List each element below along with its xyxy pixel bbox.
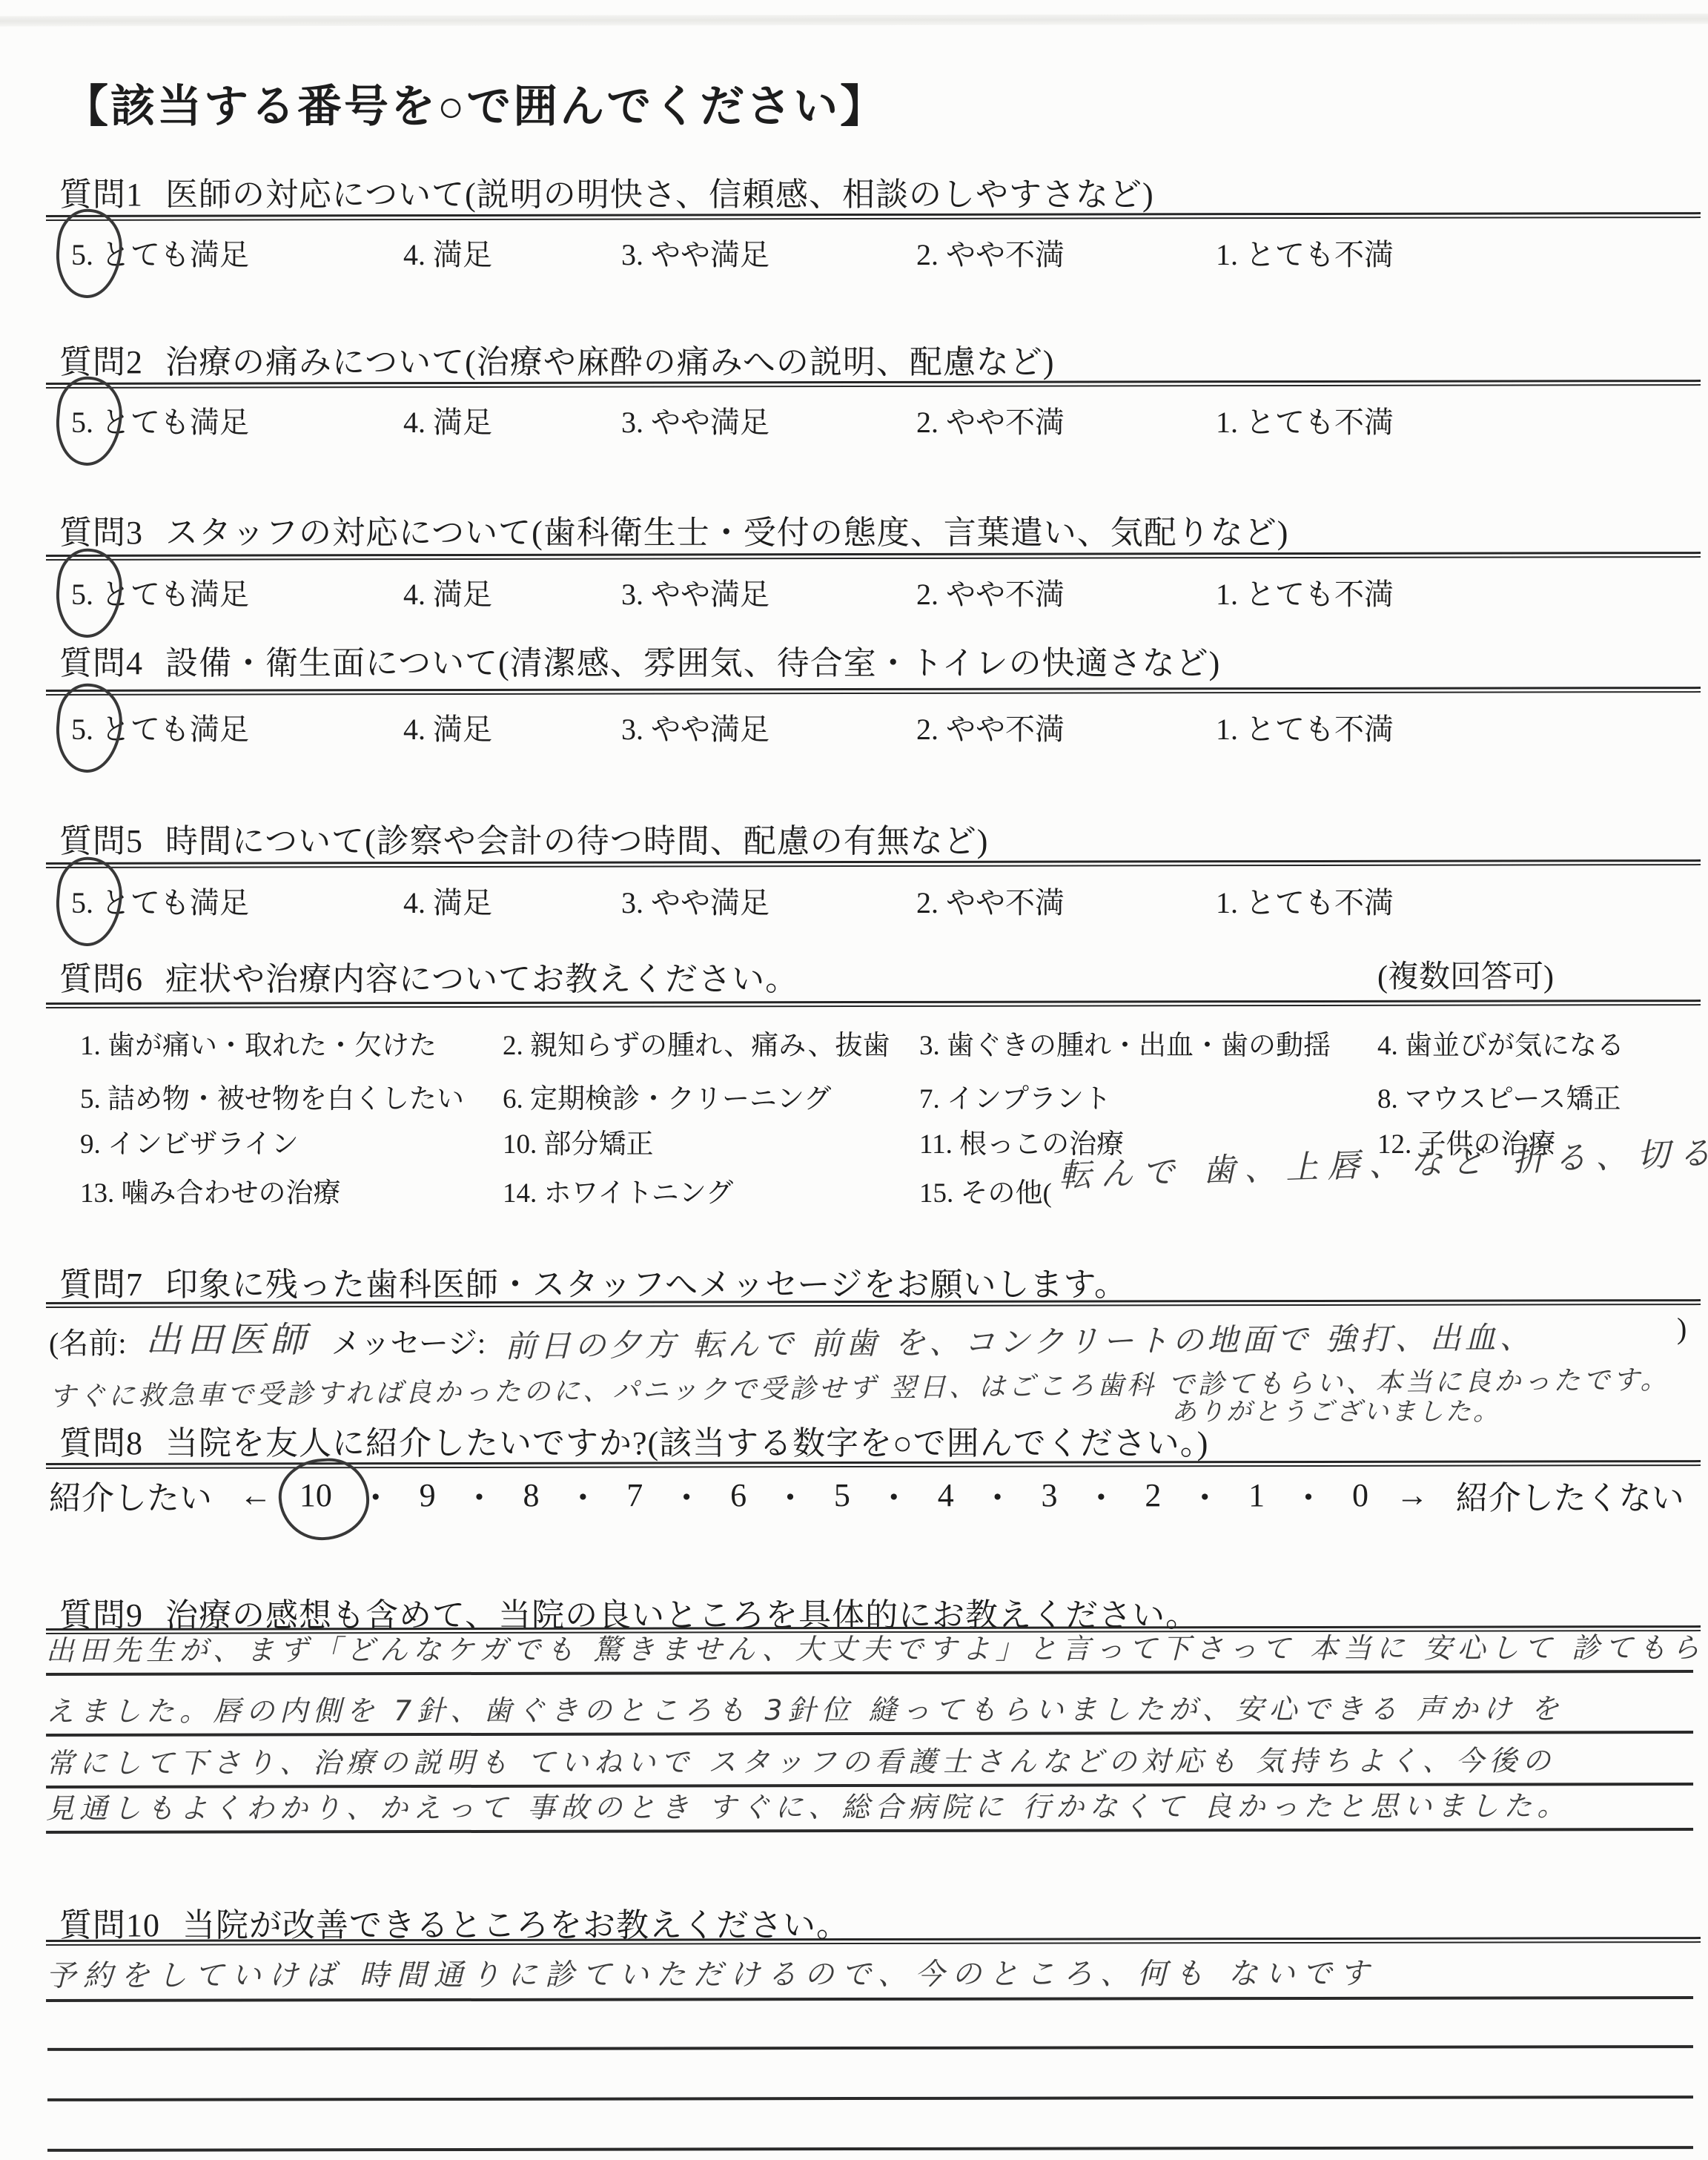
rating-option-3: 3. やや満足 [621,231,769,274]
q8-number-10-wrap: 10 [299,1476,332,1514]
q8-left-label: 紹介したい [49,1471,212,1519]
question-6-note: (複数回答可) [1377,952,1554,997]
q6-option-7: 7. インプラント [919,1076,1111,1116]
dot-separator: ・ [1085,1471,1117,1519]
question-2-label: 質問2 [59,344,143,380]
q7-name-handwritten: 出田医師 [145,1311,311,1362]
q8-number-1: 1 [1248,1476,1265,1514]
q9-answer-line-2: えました。唇の内側を 7針、歯ぐきのところも 3針位 縫ってもらいましたが、安心… [46,1673,1693,1737]
q6-option-1: 1. 歯が痛い・取れた・欠けた [80,1023,437,1063]
dot-separator: ・ [1292,1471,1325,1519]
q7-name-message-row: (名前: 出田医師 メッセージ: 前日の夕方 転んで 前歯 を、コンクリートの地… [49,1311,1535,1362]
question-4-text: 設備・衛生面について(清潔感、雰囲気、待合室・トイレの快適さなど) [165,645,1220,681]
question-6-text: 症状や治療内容についてお教えください。 [165,961,798,997]
rating-option-1: 1. とても不満 [1216,399,1394,441]
q7-message-handwritten-line3: ありがとうございました。 [1171,1391,1500,1427]
rating-option-2: 2. やや不満 [916,231,1065,274]
rating-option-2: 2. やや不満 [916,706,1065,748]
left-arrow-icon: ← [239,1476,272,1514]
question-2-heading: 質問2治療の痛みについて(治療や麻酔の痛みへの説明、配慮など) [59,335,1055,383]
rating-option-3: 3. やや満足 [621,399,769,441]
q8-number-0: 0 [1352,1476,1368,1514]
question-3-label: 質問3 [59,515,143,551]
question-5-label: 質問5 [59,823,143,859]
rating-option-1: 1. とても不満 [1216,231,1394,274]
divider-q4 [46,687,1701,696]
q6-option-2: 2. 親知らずの腫れ、痛み、抜歯 [503,1023,890,1063]
question-6-label: 質問6 [59,961,143,997]
q7-name-label: (名前: [49,1320,126,1362]
question-2-rating-row: 5. とても満足 4. 満足 3. やや満足 2. やや不満 1. とても不満 [0,399,1708,458]
q6-option-14: 14. ホワイトニング [503,1170,733,1210]
q6-option-9: 9. インビザライン [80,1121,299,1161]
page-title: 【該当する番号を○で囲んでください】 [64,71,887,135]
dot-separator: ・ [566,1471,599,1519]
question-4-heading: 質問4設備・衛生面について(清潔感、雰囲気、待合室・トイレの快適さなど) [59,636,1220,684]
handwritten-circle-q5 [53,854,125,948]
q8-number-8: 8 [523,1476,539,1514]
rating-option-2: 2. やや不満 [916,879,1065,922]
q10-handwritten-line-1: 予約をしていけば 時間通りに診ていただけるので、今のところ、何も ないです [46,1950,1377,1999]
scan-artifact-line [0,13,1708,26]
survey-scan-page: 【該当する番号を○で囲んでください】 質問1医師の対応について(説明の明快さ、信… [0,0,1708,2160]
q8-recommend-scale: 紹介したい ← 10 ・ 9 ・ 8 ・ 7 ・ 6 ・ 5 ・ 4 ・ 3 ・… [49,1471,1684,1519]
q6-option-15: 15. その他( [919,1170,1052,1210]
divider-q6 [46,1000,1701,1008]
question-8-label: 質問8 [59,1425,143,1462]
dot-separator: ・ [670,1471,703,1519]
question-7-text: 印象に残った歯科医師・スタッフへメッセージをお願いします。 [165,1266,1128,1303]
q9-answer-line-4: 見通しもよくわかり、かえって 事故のとき すぐに、総合病院に 行かなくて 良かっ… [46,1786,1693,1834]
blank-answer-line [47,2045,1693,2051]
rating-option-3: 3. やや満足 [621,571,769,613]
rating-option-4: 4. 満足 [403,706,492,748]
question-5-rating-row: 5. とても満足 4. 満足 3. やや満足 2. やや不満 1. とても不満 [0,879,1708,939]
rating-option-1: 1. とても不満 [1216,879,1394,922]
rating-option-3: 3. やや満足 [621,879,769,922]
q8-number-9: 9 [420,1476,436,1514]
q6-option-5: 5. 詰め物・被せ物を白くしたい [80,1076,464,1116]
question-1-label: 質問1 [59,176,143,213]
question-7-heading: 質問7印象に残った歯科医師・スタッフへメッセージをお願いします。 [59,1258,1128,1305]
blank-answer-line [47,2095,1693,2101]
handwritten-circle-q8 [277,1456,371,1542]
rating-option-4: 4. 満足 [403,399,492,441]
question-7-label: 質問7 [59,1266,143,1303]
question-3-rating-row: 5. とても満足 4. 満足 3. やや満足 2. やや不満 1. とても不満 [0,571,1708,630]
rating-option-1: 1. とても不満 [1216,571,1394,613]
question-5-heading: 質問5時間について(診察や会計の待つ時間、配慮の有無など) [59,814,988,862]
question-2-text: 治療の痛みについて(治療や麻酔の痛みへの説明、配慮など) [165,344,1055,380]
question-1-heading: 質問1医師の対応について(説明の明快さ、信頼感、相談のしやすさなど) [59,168,1154,215]
rating-option-2: 2. やや不満 [916,399,1065,441]
q6-option-3: 3. 歯ぐきの腫れ・出血・歯の動揺 [919,1023,1331,1063]
question-1-text: 医師の対応について(説明の明快さ、信頼感、相談のしやすさなど) [165,176,1154,213]
question-10-label: 質問10 [59,1907,160,1943]
q8-number-3: 3 [1042,1476,1058,1514]
dot-separator: ・ [982,1471,1014,1519]
question-5-text: 時間について(診察や会計の待つ時間、配慮の有無など) [165,823,988,859]
q6-option-10: 10. 部分矯正 [503,1121,654,1161]
question-4-rating-row: 5. とても満足 4. 満足 3. やや満足 2. やや不満 1. とても不満 [0,706,1708,765]
question-8-text: 当院を友人に紹介したいですか?(該当する数字を○で囲んでください。) [165,1425,1208,1462]
dot-separator: ・ [878,1471,910,1519]
q6-option-4: 4. 歯並びが気になる [1377,1023,1624,1063]
rating-option-1: 1. とても不満 [1216,706,1394,748]
q7-message-handwritten-line1: 前日の夕方 転んで 前歯 を、コンクリートの地面で 強打、出血、 [505,1313,1535,1367]
q8-number-7: 7 [626,1476,643,1514]
rating-option-2: 2. やや不満 [916,571,1065,613]
rating-option-3: 3. やや満足 [621,706,769,748]
q8-number-4: 4 [938,1476,954,1514]
dot-separator: ・ [463,1471,496,1519]
rating-option-4: 4. 満足 [403,571,492,613]
question-3-text: スタッフの対応について(歯科衛生士・受付の態度、言葉遣い、気配りなど) [165,515,1288,551]
question-8-heading: 質問8当院を友人に紹介したいですか?(該当する数字を○で囲んでください。) [59,1416,1208,1464]
q9-handwritten-line-1: 出田先生が、まず「どんなケガでも 驚きません、大丈夫ですよ」と言って下さって 本… [46,1625,1705,1673]
q6-option-6: 6. 定期検診・クリーニング [503,1076,831,1116]
q6-option-13: 13. 噛み合わせの治療 [80,1170,341,1210]
rating-option-4: 4. 満足 [403,231,492,274]
right-arrow-icon: → [1396,1476,1429,1514]
q8-number-5: 5 [834,1476,850,1514]
q7-closing-paren: ) [1677,1311,1687,1346]
q9-handwritten-line-3: 常にして下さり、治療の説明も ていねいで スタッフの看護士さんなどの対応も 気持… [46,1737,1556,1786]
q9-handwritten-line-4: 見通しもよくわかり、かえって 事故のとき すぐに、総合病院に 行かなくて 良かっ… [46,1783,1570,1831]
rating-option-4: 4. 満足 [403,879,492,922]
question-3-heading: 質問3スタッフの対応について(歯科衛生士・受付の態度、言葉遣い、気配りなど) [59,506,1288,553]
q6-option-8: 8. マウスピース矯正 [1377,1076,1621,1116]
q9-answer-line-3: 常にして下さり、治療の説明も ていねいで スタッフの看護士さんなどの対応も 気持… [46,1734,1693,1789]
q8-right-label: 紹介したくない [1456,1471,1684,1519]
question-4-label: 質問4 [59,645,143,681]
q9-answer-line-1: 出田先生が、まず「どんなケガでも 驚きません、大丈夫ですよ」と言って下さって 本… [46,1628,1693,1676]
question-1-rating-row: 5. とても満足 4. 満足 3. やや満足 2. やや不満 1. とても不満 [0,231,1708,291]
dot-separator: ・ [774,1471,807,1519]
q10-answer-line-1: 予約をしていけば 時間通りに診ていただけるので、今のところ、何も ないです [46,1952,1693,2002]
q9-handwritten-line-2: えました。唇の内側を 7針、歯ぐきのところも 3針位 縫ってもらいましたが、安心… [46,1685,1564,1734]
blank-answer-line [47,2146,1693,2152]
dot-separator: ・ [1188,1471,1221,1519]
q7-message-label: メッセージ: [331,1320,486,1362]
q8-number-2: 2 [1145,1476,1161,1514]
q8-number-6: 6 [730,1476,747,1514]
question-6-heading: 質問6症状や治療内容についてお教えください。 [59,952,798,1000]
